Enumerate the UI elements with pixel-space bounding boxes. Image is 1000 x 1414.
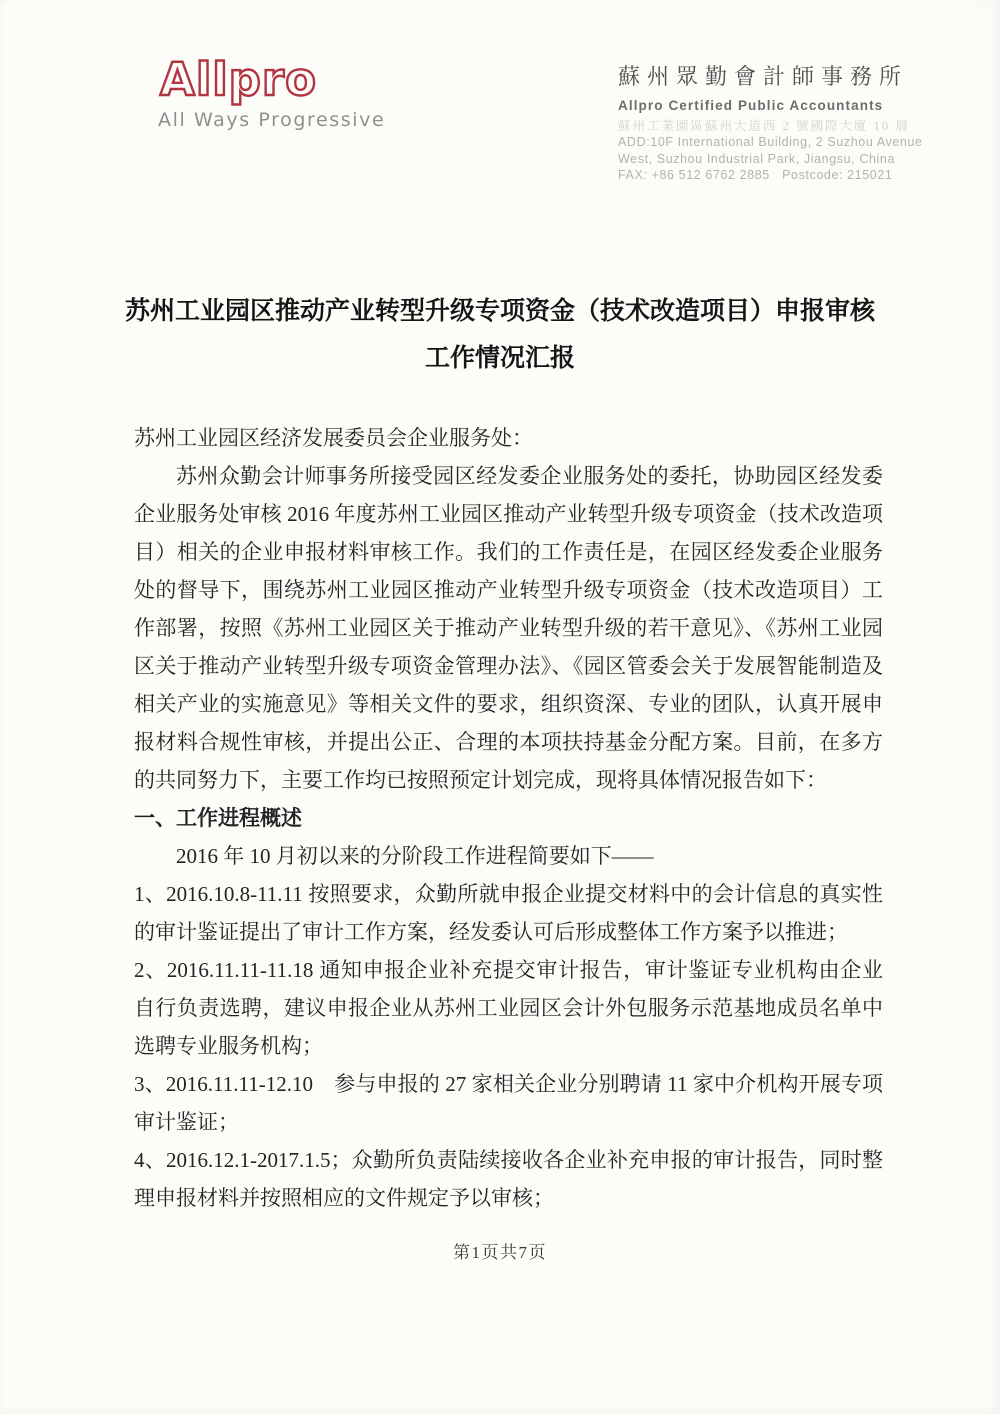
document-body: 苏州工业园区经济发展委员会企业服务处： 苏州众勤会计师事务所接受园区经发委企业服… — [134, 419, 883, 1217]
document-title: 苏州工业园区推动产业转型升级专项资金（技术改造项目）申报审核 工作情况汇报 — [0, 288, 1000, 382]
progress-item-1: 1、2016.10.8-11.11 按照要求，众勤所就申报企业提交材料中的会计信… — [134, 875, 883, 951]
firm-name-en: Allpro Certified Public Accountants — [618, 97, 948, 114]
page-number: 第1页共7页 — [0, 1238, 1000, 1263]
firm-address-line-2: West, Suzhou Industrial Park, Jiangsu, C… — [618, 151, 948, 168]
allpro-logo-icon: Allpro — [158, 50, 368, 108]
firm-address-cn: 蘇州工業園區蘇州大道西 2 號國際大廈 10 層 — [618, 119, 948, 134]
progress-item-4: 4、2016.12.1-2017.1.5；众勤所负责陆续接收各企业补充申报的审计… — [134, 1141, 883, 1217]
firm-name-cn: 蘇州眾勤會計師事務所 — [618, 62, 948, 92]
section-intro: 2016 年 10 月初以来的分阶段工作进程简要如下—— — [134, 837, 883, 875]
logo-tagline: All Ways Progressive — [158, 109, 385, 131]
progress-item-2: 2、2016.11.11-11.18 通知申报企业补充提交审计报告，审计鉴证专业… — [134, 951, 883, 1065]
paragraph-overview: 苏州众勤会计师事务所接受园区经发委企业服务处的委托，协助园区经发委企业服务处审核… — [134, 457, 883, 799]
firm-fax-postcode: FAX: +86 512 6762 2885 Postcode: 215021 — [618, 167, 948, 184]
firm-address-line-1: ADD:10F International Building, 2 Suzhou… — [618, 134, 948, 151]
scanned-report-page: Allpro All Ways Progressive 蘇州眾勤會計師事務所 A… — [0, 0, 1000, 1414]
section-heading-progress: 一、工作进程概述 — [134, 799, 883, 837]
document-title-line2: 工作情况汇报 — [0, 335, 1000, 382]
letterhead: 蘇州眾勤會計師事務所 Allpro Certified Public Accou… — [618, 62, 948, 184]
progress-item-3: 3、2016.11.11-12.10 参与申报的 27 家相关企业分别聘请 11… — [134, 1065, 883, 1141]
salutation: 苏州工业园区经济发展委员会企业服务处： — [134, 419, 883, 457]
allpro-logo-text: Allpro — [160, 53, 317, 106]
allpro-logo: Allpro All Ways Progressive — [158, 50, 385, 131]
document-title-line1: 苏州工业园区推动产业转型升级专项资金（技术改造项目）申报审核 — [0, 288, 1000, 335]
